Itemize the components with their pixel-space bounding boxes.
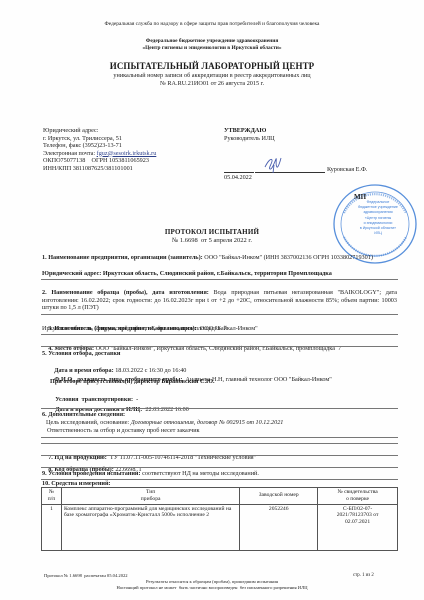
section-9-value: соответствуют НД на методы исследований.: [141, 470, 259, 477]
section-5-label: 5. Условия отбора, доставки: [42, 350, 120, 358]
present-persons: При отборе присутствовал(и) директор Бар…: [50, 378, 215, 386]
section-9-label: 9. Условия проведения испытаний:: [42, 470, 141, 477]
footer-note-2: Настоящий протокол не может быть частичн…: [0, 585, 424, 591]
email-link[interactable]: fguz@sesoirk.irkutsk.ru: [97, 150, 157, 157]
section-1-address-label: Юридический адрес:: [42, 270, 103, 277]
measurement-instruments-table: № п/п Тип прибора Заводской номер № свид…: [41, 487, 398, 551]
section-2-sample: 2. Наименование образца (пробы), дата из…: [42, 289, 397, 312]
inn-kpp: ИНН/КПП 3811087625/381101001: [43, 165, 133, 173]
section-1-address: Юридический адрес: Иркутская область, Сл…: [42, 270, 332, 278]
col-header-number: № п/п: [42, 488, 62, 505]
cell-type: Комплекс аппаратно-программный для медиц…: [61, 504, 239, 550]
divider: [41, 443, 398, 444]
section-1-label: 1. Наименование предприятия, организации…: [42, 254, 203, 261]
section-2-label: 2. Наименование образца (пробы), дата из…: [42, 289, 209, 296]
section-1-applicant: 1. Наименование предприятия, организации…: [42, 254, 397, 262]
protocol-title: ПРОТОКОЛ ИСПЫТАНИЙ: [0, 228, 424, 237]
divider: [41, 334, 398, 335]
cell-certificate: С-БП/02-07-2021/78123703 от 02.07.2021: [318, 504, 398, 550]
footer-protocol-printed: Протокол № 1.6698 распечатан 05.04.2022: [44, 573, 128, 579]
accreditation-number: № RA.RU.21ИО01 от 26 августа 2015 г.: [0, 80, 424, 88]
delivery-value: 22.03.2022 16:00: [142, 406, 189, 413]
email-row: Электронная почта: fguz@sesoirk.irkutsk.…: [43, 150, 156, 158]
col-header-certificate: № свидетельства о поверке: [318, 488, 398, 505]
protocol-number: № 1.6698 от 5 апреля 2022 г.: [0, 237, 424, 245]
responsibility-note: Ответственность за отбор и доставку проб…: [47, 427, 200, 435]
approver-position: Руководитель ИЛЦ: [224, 135, 275, 143]
divider: [41, 467, 398, 468]
footer-page-number: стр. 1 из 2: [353, 573, 374, 579]
purpose-value: Договорные отношения, договор № 002915 о…: [131, 419, 284, 426]
purpose-row: Цель исследований, основание: Договорные…: [46, 419, 283, 427]
lab-title: ИСПЫТАТЕЛЬНЫЙ ЛАБОРАТОРНЫЙ ЦЕНТР: [0, 61, 424, 72]
section-1-address-value: Иркутская область, Слюдянский район, г.Б…: [103, 270, 332, 277]
signature-icon: [262, 153, 284, 175]
cell-number: 1: [42, 504, 62, 550]
section-3-address: Иркутская область, Слюдянский район, г.Б…: [42, 325, 227, 333]
okpo-ogrn: ОКПО75077138 ОГРН 1053811065923: [43, 157, 149, 165]
section-9-test-conditions: 9. Условия проведения испытаний: соответ…: [42, 470, 259, 478]
approval-date: 05.04.2022: [224, 174, 252, 182]
divider: [41, 455, 398, 456]
col-header-type: Тип прибора: [61, 488, 239, 505]
accreditation-line-1: уникальный номер записи об аккредитации …: [0, 72, 424, 80]
approve-label: УТВЕРЖДАЮ: [224, 127, 266, 135]
divider: [41, 314, 398, 315]
institution-line-1: Федеральное бюджетное учреждение здравоо…: [0, 38, 424, 45]
agency-name: Федеральная служба по надзору в сфере за…: [0, 21, 424, 28]
purpose-label: Цель исследований, основание:: [46, 419, 131, 426]
signer-name: Куровская Е.Ф.: [327, 166, 367, 174]
email-label: Электронная почта:: [43, 150, 97, 157]
cell-serial: 2052246: [240, 504, 318, 550]
col-header-serial: Заводской номер: [240, 488, 318, 505]
footer-note-1: Результаты относятся к образцам (пробам)…: [0, 579, 424, 585]
divider: [41, 437, 398, 438]
table-row: 1 Комплекс аппаратно-программный для мед…: [42, 504, 398, 550]
legal-address: г. Иркутск, ул. Трилиссера, 51: [43, 135, 122, 143]
section-6-label: 6. Дополнительные сведения:: [42, 411, 125, 419]
table-header-row: № п/п Тип прибора Заводской номер № свид…: [42, 488, 398, 505]
document-page: Федеральная служба по надзору в сфере за…: [0, 0, 424, 600]
phone-fax: Телефон, факс (3952)23-13-71: [43, 142, 122, 150]
divider: [41, 408, 398, 409]
section-1-value: ООО "Байкал-Инком" (ИНН 3837002136 ОГРН …: [203, 254, 373, 261]
divider: [41, 346, 398, 347]
institution-line-2: «Центр гигиены и эпидемиологии в Иркутск…: [0, 45, 424, 52]
divider: [41, 279, 398, 280]
legal-address-label: Юридический адрес:: [43, 127, 99, 135]
